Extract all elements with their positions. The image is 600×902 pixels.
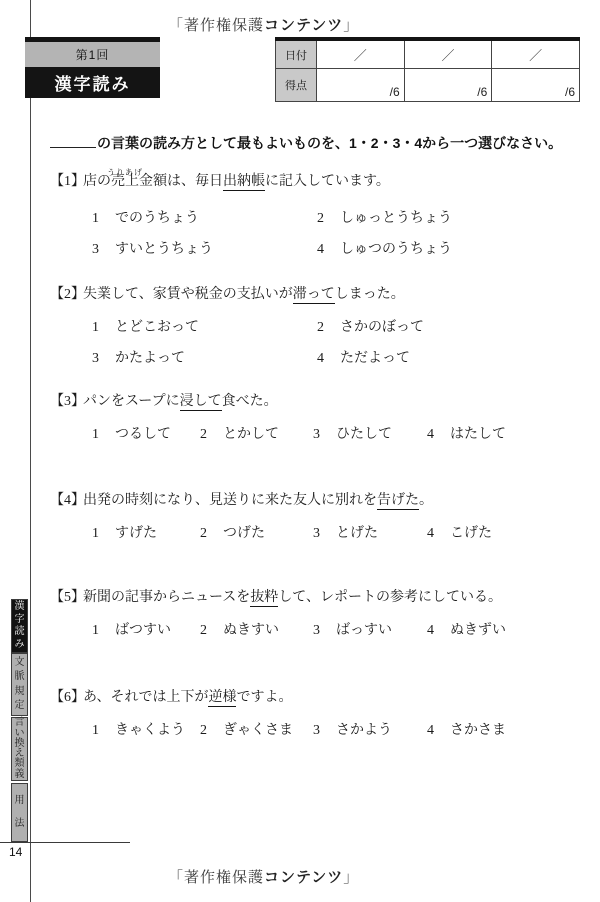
- option-text: ただよって: [340, 351, 410, 366]
- option-text: しゅっとうちょう: [340, 211, 452, 226]
- answer-option: 2ぎゃくさま: [200, 723, 313, 739]
- answer-option: 3すいとうちょう: [92, 242, 317, 258]
- answer-option: 4さかさま: [427, 723, 582, 739]
- option-number: 4: [427, 623, 441, 639]
- question-number: 【5】: [50, 589, 83, 606]
- copyright-text: 「著作権保護: [168, 869, 264, 886]
- target-word-underlined: 告げた: [377, 493, 419, 510]
- sentence-text: 失業して、家賃や税金の支払いが: [83, 287, 293, 302]
- option-number: 1: [92, 211, 106, 227]
- tab-character: み: [15, 640, 25, 650]
- answer-option: 4はたして: [427, 427, 582, 443]
- question-number: 【4】: [50, 492, 83, 509]
- answer-option: 2つげた: [200, 526, 313, 542]
- answer-option: 1つるして: [92, 427, 200, 443]
- question-5: 【5】新聞の記事からニュースを抜粋して、レポートの参考にしている。1ばつすい2ぬ…: [50, 589, 582, 639]
- option-text: かたよって: [115, 351, 185, 366]
- question-sentence-line: 【3】パンをスープに浸して食べた。: [50, 393, 582, 410]
- sentence-text: 。: [419, 493, 433, 508]
- tab-character: 文: [15, 658, 25, 668]
- target-word-underlined: 出納帳: [223, 174, 265, 191]
- score-row: 得点 /6 /6 /6: [276, 69, 580, 102]
- options-row: 1つるして2とかして3ひたして4はたして: [92, 427, 582, 443]
- sentence-text: しまった。: [335, 287, 405, 302]
- tab-character: 読: [15, 627, 25, 637]
- copyright-notice-bottom: 「著作権保護コンテンツ」: [168, 866, 359, 887]
- option-text: ぎゃくさま: [223, 723, 293, 738]
- tab-character: 法: [15, 819, 25, 829]
- answer-option: 1きゃくよう: [92, 723, 200, 739]
- lesson-round-label: 第1回: [25, 42, 160, 67]
- sentence-text: ですよ。: [236, 690, 292, 705]
- sentence-text: 新聞の記事からニュースを: [83, 590, 250, 605]
- option-number: 1: [92, 723, 106, 739]
- option-text: きゃくよう: [115, 723, 185, 738]
- question-sentence-line: 【1】店のうりあげ売上金額は、毎日出納帳に記入しています。: [50, 173, 582, 190]
- tab-character: 言: [15, 718, 25, 728]
- options-row: 1ばつすい2ぬきすい3ばっすい4ぬきずい: [92, 623, 582, 639]
- answer-option: 4ただよって: [317, 351, 582, 367]
- answer-option: 2さかのぼって: [317, 320, 582, 336]
- question-sentence: 店のうりあげ売上金額は、毎日出納帳に記入しています。: [83, 173, 390, 190]
- answer-option: 4しゅつのうちょう: [317, 242, 582, 258]
- copyright-text: 「著作権保護: [168, 17, 264, 34]
- score-table: 日付 ／ ／ ／ 得点 /6 /6 /6: [275, 37, 580, 102]
- question-1: 【1】店のうりあげ売上金額は、毎日出納帳に記入しています。1でのうちょう2しゅっ…: [50, 173, 582, 258]
- option-text: とかして: [223, 427, 279, 442]
- option-text: しゅつのうちょう: [340, 242, 452, 257]
- footer-rule: [0, 842, 130, 843]
- option-number: 1: [92, 320, 106, 336]
- sidebar-tab-context-definition: 文脈規定: [11, 653, 28, 716]
- question-sentence: あ、それでは上下が逆様ですよ。: [83, 689, 292, 706]
- sentence-text: 食べた。: [222, 394, 278, 409]
- option-number: 1: [92, 623, 106, 639]
- date-cell: ／: [492, 39, 580, 69]
- option-number: 2: [317, 211, 331, 227]
- question-4: 【4】出発の時刻になり、見送りに来た友人に別れを告げた。1すげた2つげた3とげた…: [50, 492, 582, 542]
- option-text: とどこおって: [115, 320, 199, 335]
- question-number: 【6】: [50, 689, 83, 706]
- sidebar-tab-usage: 用法: [11, 783, 28, 842]
- option-number: 2: [200, 427, 214, 443]
- options-row: 1きゃくよう2ぎゃくさま3さかよう4さかさま: [92, 723, 582, 739]
- target-word-underlined: 浸して: [180, 394, 222, 411]
- date-cell: ／: [404, 39, 492, 69]
- option-number: 3: [313, 723, 327, 739]
- answer-option: 1ばつすい: [92, 623, 200, 639]
- tab-character: 用: [15, 796, 25, 806]
- date-cell: ／: [316, 39, 404, 69]
- option-text: ばっすい: [336, 623, 392, 638]
- score-cell: /6: [404, 69, 492, 102]
- question-sentence: 失業して、家賃や税金の支払いが滞ってしまった。: [83, 286, 405, 303]
- copyright-bold-text: コンテンツ: [264, 869, 343, 886]
- option-text: すいとうちょう: [115, 242, 213, 257]
- answer-option: 1でのうちょう: [92, 211, 317, 227]
- question-number: 【2】: [50, 286, 83, 303]
- option-number: 2: [200, 723, 214, 739]
- question-sentence: 出発の時刻になり、見送りに来た友人に別れを告げた。: [83, 492, 433, 509]
- sidebar-tab-kanji-reading: 漢字読み: [11, 599, 28, 653]
- score-cell: /6: [316, 69, 404, 102]
- sentence-text: して、レポートの参考にしている。: [278, 590, 502, 605]
- copyright-notice-top: 「著作権保護コンテンツ」: [168, 14, 359, 35]
- question-number: 【1】: [50, 173, 83, 190]
- tab-character: 漢: [15, 602, 25, 612]
- sentence-text: 出発の時刻になり、見送りに来た友人に別れを: [83, 493, 377, 508]
- sidebar-tab-paraphrase-synonyms: 言い換え類義: [11, 717, 28, 781]
- sentence-text: 金額は、毎日: [139, 174, 223, 189]
- answer-option: 1すげた: [92, 526, 200, 542]
- page-number: 14: [9, 845, 22, 859]
- tab-character: 類: [15, 759, 25, 769]
- option-text: つげた: [223, 526, 265, 541]
- page-margin-line: [30, 0, 31, 902]
- answer-option: 3さかよう: [313, 723, 427, 739]
- answer-option: 3ばっすい: [313, 623, 427, 639]
- option-number: 3: [92, 351, 106, 367]
- option-text: ひたして: [336, 427, 392, 442]
- answer-option: 3とげた: [313, 526, 427, 542]
- option-text: さかさま: [450, 723, 506, 738]
- tab-character: 義: [15, 770, 25, 780]
- question-sentence-line: 【5】新聞の記事からニュースを抜粋して、レポートの参考にしている。: [50, 589, 582, 606]
- options-row: 1でのうちょう2しゅっとうちょう3すいとうちょう4しゅつのうちょう: [92, 211, 582, 258]
- question-sentence-line: 【4】出発の時刻になり、見送りに来た友人に別れを告げた。: [50, 492, 582, 509]
- copyright-bold-text: コンテンツ: [264, 17, 343, 34]
- question-sentence-line: 【2】失業して、家賃や税金の支払いが滞ってしまった。: [50, 286, 582, 303]
- answer-option: 1とどこおって: [92, 320, 317, 336]
- option-text: さかのぼって: [340, 320, 424, 335]
- option-text: はたして: [450, 427, 506, 442]
- question-sentence: パンをスープに浸して食べた。: [83, 393, 278, 410]
- option-text: すげた: [115, 526, 157, 541]
- option-text: つるして: [115, 427, 171, 442]
- sentence-text: あ、それでは上下が: [83, 690, 208, 705]
- date-label: 日付: [276, 39, 317, 69]
- option-number: 1: [92, 526, 106, 542]
- option-text: ぬきずい: [450, 623, 506, 638]
- answer-option: 4こげた: [427, 526, 582, 542]
- question-3: 【3】パンをスープに浸して食べた。1つるして2とかして3ひたして4はたして: [50, 393, 582, 443]
- lesson-header: 第1回 漢字読み: [25, 37, 160, 98]
- score-cell: /6: [492, 69, 580, 102]
- option-number: 1: [92, 427, 106, 443]
- option-text: とげた: [336, 526, 378, 541]
- option-number: 4: [427, 723, 441, 739]
- answer-option: 4ぬきずい: [427, 623, 582, 639]
- tab-character: 定: [15, 701, 25, 711]
- answer-option: 3ひたして: [313, 427, 427, 443]
- option-number: 2: [317, 320, 331, 336]
- answer-option: 2ぬきすい: [200, 623, 313, 639]
- instruction-text: の言葉の読み方として最もよいものを、1・2・3・4から一つ選びなさい。: [97, 135, 562, 151]
- option-text: こげた: [450, 526, 492, 541]
- question-sentence: 新聞の記事からニュースを抜粋して、レポートの参考にしている。: [83, 589, 502, 606]
- target-word-underlined: 滞って: [293, 287, 335, 304]
- instruction-line: の言葉の読み方として最もよいものを、1・2・3・4から一つ選びなさい。: [50, 133, 582, 153]
- answer-option: 2とかして: [200, 427, 313, 443]
- score-label: 得点: [276, 69, 317, 102]
- target-word-underlined: 逆様: [208, 690, 236, 707]
- option-number: 4: [427, 526, 441, 542]
- tab-character: 字: [15, 615, 25, 625]
- question-6: 【6】あ、それでは上下が逆様ですよ。1きゃくよう2ぎゃくさま3さかよう4さかさま: [50, 689, 582, 739]
- date-row: 日付 ／ ／ ／: [276, 39, 580, 69]
- copyright-close-bracket: 」: [343, 869, 359, 886]
- question-sentence-line: 【6】あ、それでは上下が逆様ですよ。: [50, 689, 582, 706]
- option-text: さかよう: [336, 723, 392, 738]
- options-row: 1とどこおって2さかのぼって3かたよって4ただよって: [92, 320, 582, 367]
- option-number: 4: [317, 242, 331, 258]
- question-number: 【3】: [50, 393, 83, 410]
- option-number: 2: [200, 526, 214, 542]
- question-2: 【2】失業して、家賃や税金の支払いが滞ってしまった。1とどこおって2さかのぼって…: [50, 286, 582, 367]
- options-row: 1すげた2つげた3とげた4こげた: [92, 526, 582, 542]
- option-text: ぬきすい: [223, 623, 279, 638]
- copyright-close-bracket: 」: [343, 17, 359, 34]
- instruction-blank-underline: [50, 134, 96, 148]
- workbook-page: 「著作権保護コンテンツ」 第1回 漢字読み 日付 ／ ／ ／ 得点 /6 /6 …: [0, 0, 600, 902]
- lesson-title: 漢字読み: [25, 67, 160, 98]
- tab-character: 脈: [15, 672, 25, 682]
- option-number: 3: [313, 623, 327, 639]
- target-word-underlined: 抜粋: [250, 590, 278, 607]
- sentence-text: パンをスープに: [83, 394, 180, 409]
- option-number: 3: [313, 427, 327, 443]
- option-number: 4: [317, 351, 331, 367]
- option-number: 4: [427, 427, 441, 443]
- sentence-text: に記入しています。: [265, 174, 390, 189]
- answer-option: 3かたよって: [92, 351, 317, 367]
- option-number: 3: [92, 242, 106, 258]
- word-with-furigana: うりあげ売上: [111, 173, 139, 190]
- option-number: 3: [313, 526, 327, 542]
- tab-character: 規: [15, 687, 25, 697]
- option-text: ばつすい: [115, 623, 171, 638]
- furigana-reading: うりあげ: [107, 164, 143, 181]
- option-text: でのうちょう: [115, 211, 199, 226]
- option-number: 2: [200, 623, 214, 639]
- answer-option: 2しゅっとうちょう: [317, 211, 582, 227]
